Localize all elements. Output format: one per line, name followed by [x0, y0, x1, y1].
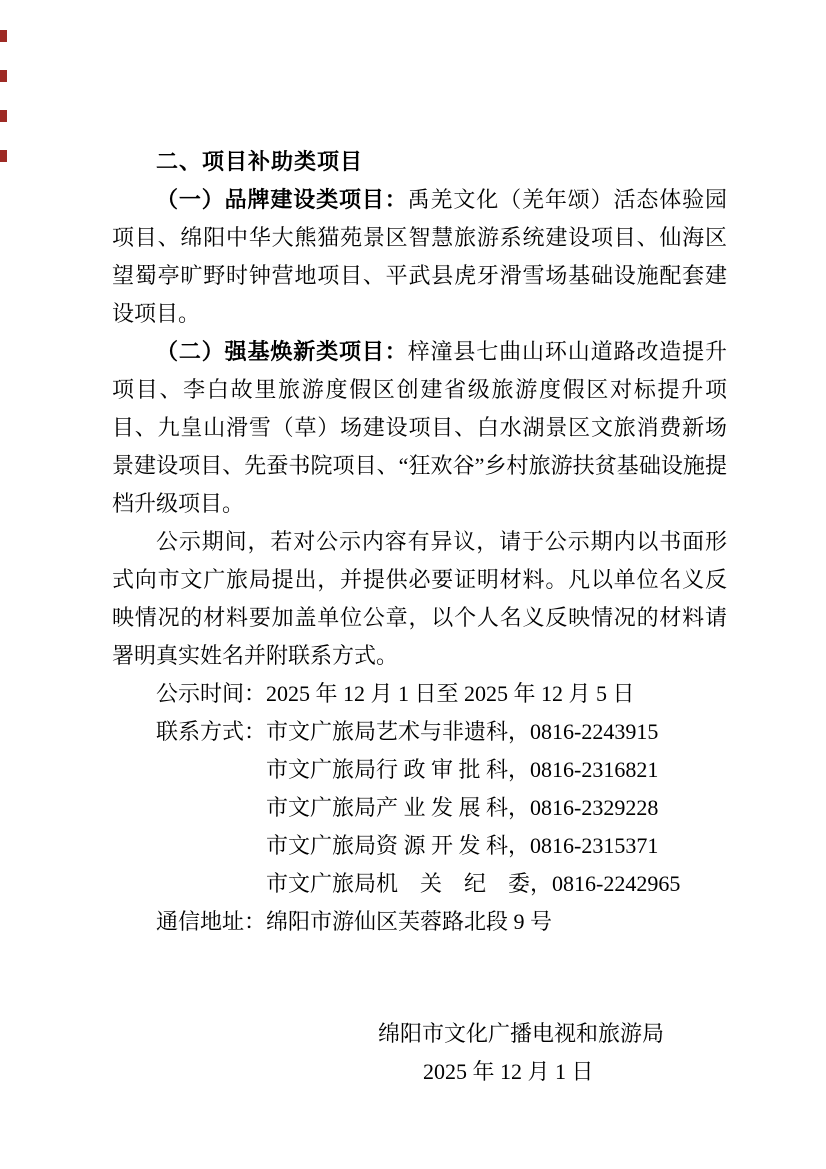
left-edge-mark — [0, 30, 7, 42]
publicity-period-value: 2025 年 12 月 1 日至 2025 年 12 月 5 日 — [266, 681, 635, 706]
contact-phone: 0816-2242965 — [552, 871, 680, 896]
paragraph-foundation-label: （二）强基焕新类项目： — [156, 339, 408, 364]
publicity-period-label: 公示时间： — [156, 681, 266, 706]
contact-separator: ， — [508, 757, 530, 782]
signature-issuer: 绵阳市文化广播电视和旅游局 — [378, 1015, 727, 1053]
section-heading: 二、项目补助类项目 — [112, 143, 727, 181]
contact-phone: 0816-2315371 — [530, 833, 658, 858]
contact-block-label: 联系方式： — [156, 713, 266, 751]
left-edge-mark — [0, 70, 7, 82]
paragraph-brand-projects: （一）品牌建设类项目：禹羌文化（羌年颂）活态体验园项目、绵阳中华大熊猫苑景区智慧… — [112, 181, 727, 333]
contact-department: 市文广旅局产 业 发 展 科 — [266, 795, 508, 820]
mailing-address-value: 绵阳市游仙区芙蓉路北段 9 号 — [266, 909, 552, 934]
contact-department: 市文广旅局行 政 审 批 科 — [266, 757, 508, 782]
contact-separator: ， — [508, 719, 530, 744]
contact-phone: 0816-2243915 — [530, 719, 658, 744]
contact-phone: 0816-2316821 — [530, 757, 658, 782]
contact-line: 市文广旅局机 关 纪 委，0816-2242965 — [266, 865, 727, 903]
contact-phone: 0816-2329228 — [530, 795, 658, 820]
contact-separator: ， — [508, 795, 530, 820]
signature-date: 2025 年 12 月 1 日 — [423, 1053, 727, 1091]
contact-line: 市文广旅局资 源 开 发 科，0816-2315371 — [266, 827, 727, 865]
document-page: 二、项目补助类项目 （一）品牌建设类项目：禹羌文化（羌年颂）活态体验园项目、绵阳… — [0, 0, 826, 1169]
paragraph-foundation-projects: （二）强基焕新类项目：梓潼县七曲山环山道路改造提升项目、李白故里旅游度假区创建省… — [112, 333, 727, 523]
contact-block: 联系方式： 市文广旅局艺术与非遗科，0816-2243915 市文广旅局行 政 … — [112, 713, 727, 903]
document-content: 二、项目补助类项目 （一）品牌建设类项目：禹羌文化（羌年颂）活态体验园项目、绵阳… — [112, 143, 727, 1091]
paragraph-foundation-text: 梓潼县七曲山环山道路改造提升项目、李白故里旅游度假区创建省级旅游度假区对标提升项… — [112, 339, 727, 516]
contact-lines: 市文广旅局艺术与非遗科，0816-2243915 市文广旅局行 政 审 批 科，… — [266, 713, 727, 903]
left-edge-mark — [0, 150, 7, 162]
contact-department: 市文广旅局机 关 纪 委 — [266, 871, 530, 896]
mailing-address-label: 通信地址： — [156, 909, 266, 934]
left-edge-mark — [0, 110, 7, 122]
contact-separator: ， — [508, 833, 530, 858]
contact-separator: ， — [530, 871, 552, 896]
contact-line: 市文广旅局行 政 审 批 科，0816-2316821 — [266, 751, 727, 789]
contact-line: 市文广旅局产 业 发 展 科，0816-2329228 — [266, 789, 727, 827]
contact-department: 市文广旅局资 源 开 发 科 — [266, 833, 508, 858]
contact-department: 市文广旅局艺术与非遗科 — [266, 719, 508, 744]
mailing-address-line: 通信地址：绵阳市游仙区芙蓉路北段 9 号 — [112, 903, 727, 941]
blank-spacer — [112, 941, 727, 1015]
paragraph-brand-label: （一）品牌建设类项目： — [156, 187, 408, 212]
objection-notice-text: 公示期间，若对公示内容有异议，请于公示期内以书面形式向市文广旅局提出，并提供必要… — [112, 529, 727, 668]
paragraph-objection-notice: 公示期间，若对公示内容有异议，请于公示期内以书面形式向市文广旅局提出，并提供必要… — [112, 523, 727, 675]
publicity-period-line: 公示时间：2025 年 12 月 1 日至 2025 年 12 月 5 日 — [112, 675, 727, 713]
contact-line: 市文广旅局艺术与非遗科，0816-2243915 — [266, 713, 727, 751]
